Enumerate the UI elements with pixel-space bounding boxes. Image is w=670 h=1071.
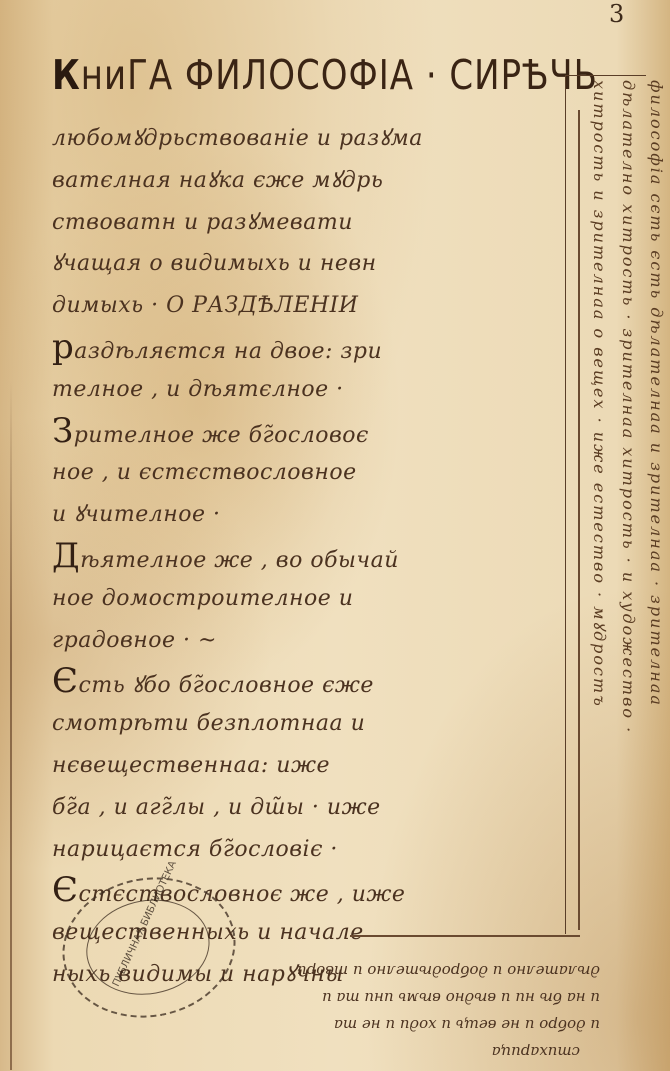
text-line: ватєлная наꙋка єже мꙋдрь (52, 160, 572, 202)
text-line: градовное · ~ (52, 620, 572, 662)
text-line: Дѣятелное же , во обычай (52, 536, 572, 578)
text-line: нєвещественнаа: иже (52, 745, 572, 787)
text-line: любомꙋдрьствованіе и разꙋма (52, 118, 572, 160)
margin-column: хитрость и зрителнаа о вещех · иже естес… (584, 80, 610, 1040)
text-line: и ꙋчителное · (52, 494, 572, 536)
page-title: КниГА ФИЛОСОФІА · СИРѢЧЬ (52, 52, 598, 100)
text-line: ное домостроителное и (52, 578, 572, 620)
manuscript-body: любомꙋдрьствованіе и разꙋма ватєлная наꙋ… (52, 118, 572, 996)
margin-column: дѣлателно хитрость · зрителнаа хитрость … (612, 80, 638, 1040)
page-edge (10, 380, 12, 1070)
text-frame-bottom-rule (350, 935, 580, 937)
text-line: ꙋчащая о видимыхь и невн (52, 243, 572, 285)
text-line: смотрѣти безплотнаа и (52, 703, 572, 745)
page-number: 3 (609, 0, 624, 28)
text-line: димыхь · О РАЗДѢЛЕНІИ (52, 285, 572, 327)
text-line: Зрителное же бг̃ословоє (52, 411, 572, 453)
text-line: раздѣляєтся на двое: зри (52, 327, 572, 369)
footer-line: стихарица (60, 1038, 600, 1065)
title-text: ниГА ФИЛОСОФІА · СИРѢЧЬ (81, 52, 598, 100)
text-line: бг̃а , и агг̃лы , и дш̃ы · иже (52, 787, 572, 829)
margin-column: философіа сєть єсть дѣлателнаа и зрителн… (640, 80, 666, 1040)
text-line: телное , и дѣятєлное · (52, 369, 572, 411)
text-line: нарицаєтся бг̃ословіє · (52, 829, 572, 871)
text-line: ное , и єстєствословное (52, 452, 572, 494)
text-line: ствоватн и разꙋмевати (52, 202, 572, 244)
title-initial: К (52, 52, 81, 100)
text-line: Єсть ꙋбо бг̃ословное єже (52, 661, 572, 703)
